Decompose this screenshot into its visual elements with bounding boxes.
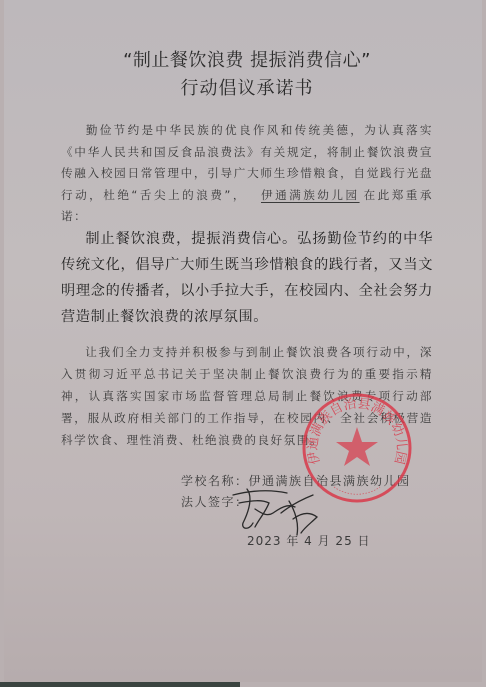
document-title-line1: “制止餐饮浪费 提振消费信心” <box>4 46 486 72</box>
document-date: 2023 年 4 月 25 日 <box>247 532 371 549</box>
paragraph-intro: 勤俭节约是中华民族的优良作风和传统美德，为认真落实《中华人民共和国反食品浪费法》… <box>61 120 433 228</box>
school-name-underlined: 伊通满族幼儿园 <box>247 188 364 202</box>
document-title-line2: 行动倡议承诺书 <box>4 74 486 100</box>
official-seal: 伊通满族自治县满族幼儿园 <box>300 391 414 505</box>
star-icon <box>336 427 378 466</box>
paragraph-pledge: 制止餐饮浪费，提振消费信心。弘扬勤俭节约的中华传统文化，倡导广大师生既当珍惜粮食… <box>61 226 433 330</box>
document-page: “制止餐饮浪费 提振消费信心” 行动倡议承诺书 勤俭节约是中华民族的优良作风和传… <box>4 0 482 682</box>
pledge-text: 制止餐饮浪费，提振消费信心。弘扬勤俭节约的中华传统文化，倡导广大师生既当珍惜粮食… <box>61 231 433 325</box>
desk-edge <box>0 682 240 687</box>
